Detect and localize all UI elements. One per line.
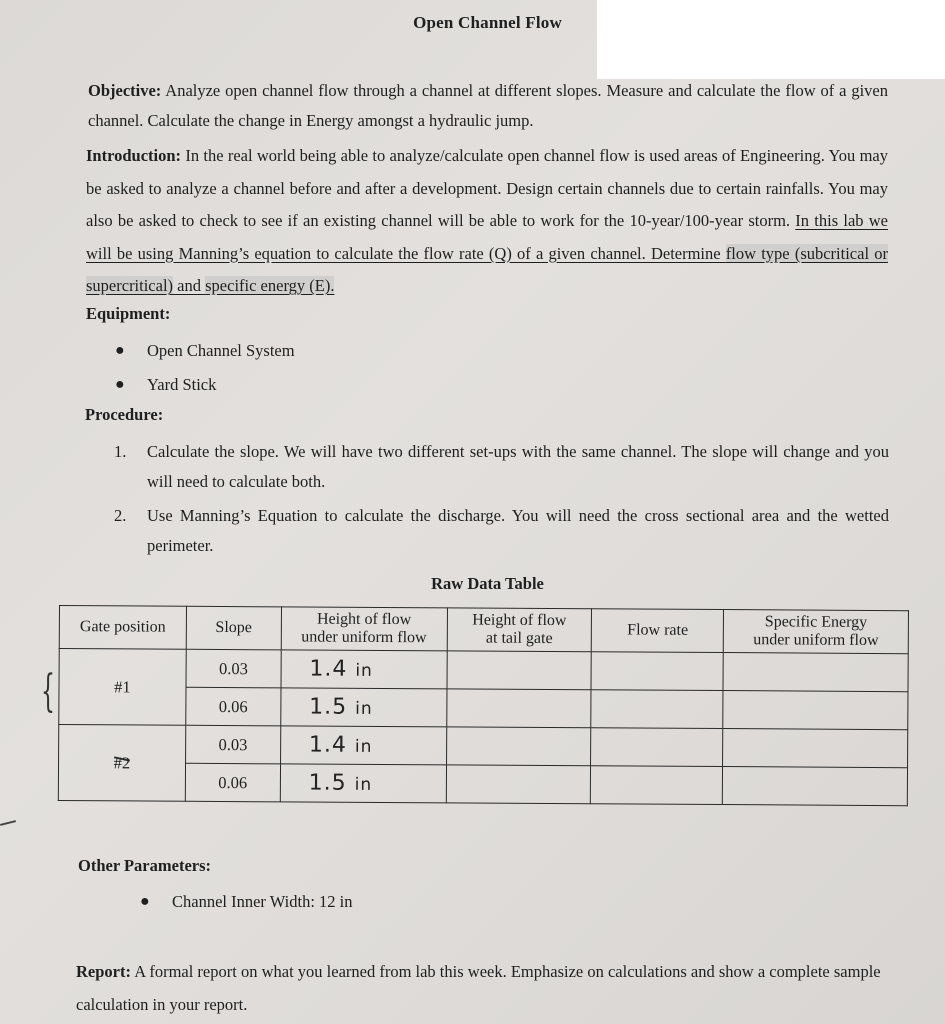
- equipment-heading: Equipment:: [86, 304, 170, 324]
- flow-rate-cell[interactable]: [591, 728, 723, 767]
- handwritten-value: 1.5: [309, 695, 347, 720]
- height-uniform-cell[interactable]: 1.4 in: [281, 650, 447, 689]
- list-item: ●Yard Stick: [147, 368, 295, 402]
- flow-rate-cell[interactable]: [591, 766, 723, 805]
- header-slope: Slope: [186, 606, 281, 650]
- header-gate-position: Gate position: [59, 606, 186, 650]
- header-specific-energy: Specific Energyunder uniform flow: [723, 610, 908, 654]
- list-item: ●Open Channel System: [147, 334, 295, 368]
- slope-cell: 0.03: [185, 725, 280, 764]
- raw-data-table: Gate position Slope Height of flowunder …: [58, 605, 909, 806]
- flow-rate-cell[interactable]: [591, 690, 723, 729]
- procedure-step: 2.Use Manning’s Equation to calculate th…: [114, 501, 889, 561]
- list-item: ●Channel Inner Width: 12 in: [172, 885, 353, 919]
- handwritten-value: 1.4: [309, 733, 347, 758]
- introduction-underlined-and: and: [173, 276, 205, 295]
- bullet-icon: ●: [140, 885, 150, 919]
- gate-position-cell: #2: [58, 725, 185, 802]
- report-paragraph: Report: A formal report on what you lear…: [76, 955, 896, 1021]
- table-row: 0.061.5 in: [59, 687, 908, 730]
- step-text: Calculate the slope. We will have two di…: [147, 442, 889, 491]
- procedure-step: 1.Calculate the slope. We will have two …: [114, 437, 889, 497]
- table-row: 0.061.5 in: [58, 763, 907, 806]
- equipment-list: ●Open Channel System ●Yard Stick: [147, 334, 295, 402]
- introduction-label: Introduction:: [86, 146, 181, 165]
- procedure-list: 1.Calculate the slope. We will have two …: [114, 437, 889, 565]
- table-row: #10.031.4 in: [59, 649, 908, 692]
- height-uniform-cell[interactable]: 1.5 in: [281, 688, 447, 727]
- height-tail-gate-cell[interactable]: [446, 727, 591, 766]
- specific-energy-cell[interactable]: [723, 691, 908, 730]
- handwritten-unit: in: [355, 775, 373, 795]
- step-number: 1.: [114, 437, 126, 467]
- specific-energy-cell[interactable]: [723, 653, 908, 692]
- handwritten-value: 1.4: [309, 657, 347, 682]
- redaction-box: [597, 0, 945, 79]
- objective-paragraph: Objective: Analyze open channel flow thr…: [88, 76, 888, 136]
- equipment-item-label: Yard Stick: [147, 375, 216, 394]
- height-tail-gate-cell[interactable]: [447, 651, 592, 690]
- header-flow-rate: Flow rate: [592, 609, 724, 653]
- introduction-paragraph: Introduction: In the real world being ab…: [86, 140, 888, 303]
- height-tail-gate-cell[interactable]: [446, 689, 591, 728]
- pen-tick-mark: [0, 820, 16, 826]
- report-text: A formal report on what you learned from…: [76, 962, 881, 1014]
- parameter-item-label: Channel Inner Width: 12 in: [172, 892, 353, 911]
- handwritten-unit: in: [355, 661, 373, 681]
- report-label: Report:: [76, 962, 131, 981]
- header-height-tail-gate: Height of flowat tail gate: [447, 608, 592, 652]
- bullet-icon: ●: [115, 368, 125, 402]
- specific-energy-cell[interactable]: [723, 729, 908, 768]
- specific-energy-highlight: specific energy (E).: [205, 276, 334, 295]
- page-title: Open Channel Flow: [0, 13, 945, 33]
- table-row: #20.031.4 in: [59, 725, 908, 768]
- step-text: Use Manning’s Equation to calculate the …: [147, 506, 889, 555]
- table-header-row: Gate position Slope Height of flowunder …: [59, 606, 908, 654]
- pen-brace-mark: {: [41, 666, 55, 717]
- other-parameters-heading: Other Parameters:: [78, 856, 211, 876]
- equipment-item-label: Open Channel System: [147, 341, 295, 360]
- other-parameters-list: ●Channel Inner Width: 12 in: [172, 885, 353, 919]
- specific-energy-cell[interactable]: [722, 767, 907, 806]
- header-height-uniform: Height of flowunder uniform flow: [281, 607, 447, 651]
- handwritten-unit: in: [355, 699, 373, 719]
- flow-rate-cell[interactable]: [591, 652, 723, 691]
- objective-label: Objective:: [88, 81, 161, 100]
- height-tail-gate-cell[interactable]: [446, 765, 591, 804]
- procedure-heading: Procedure:: [85, 405, 163, 425]
- slope-cell: 0.03: [186, 649, 281, 688]
- introduction-text: In the real world being able to analyze/…: [86, 146, 888, 230]
- height-uniform-cell[interactable]: 1.4 in: [280, 726, 446, 765]
- height-uniform-cell[interactable]: 1.5 in: [280, 764, 446, 803]
- slope-cell: 0.06: [185, 763, 280, 802]
- bullet-icon: ●: [115, 334, 125, 368]
- table-caption: Raw Data Table: [0, 574, 945, 594]
- step-number: 2.: [114, 501, 126, 531]
- handwritten-value: 1.5: [309, 771, 347, 796]
- handwritten-unit: in: [355, 737, 373, 757]
- objective-text: Analyze open channel flow through a chan…: [88, 81, 888, 130]
- gate-position-cell: #1: [59, 649, 186, 726]
- slope-cell: 0.06: [186, 687, 281, 726]
